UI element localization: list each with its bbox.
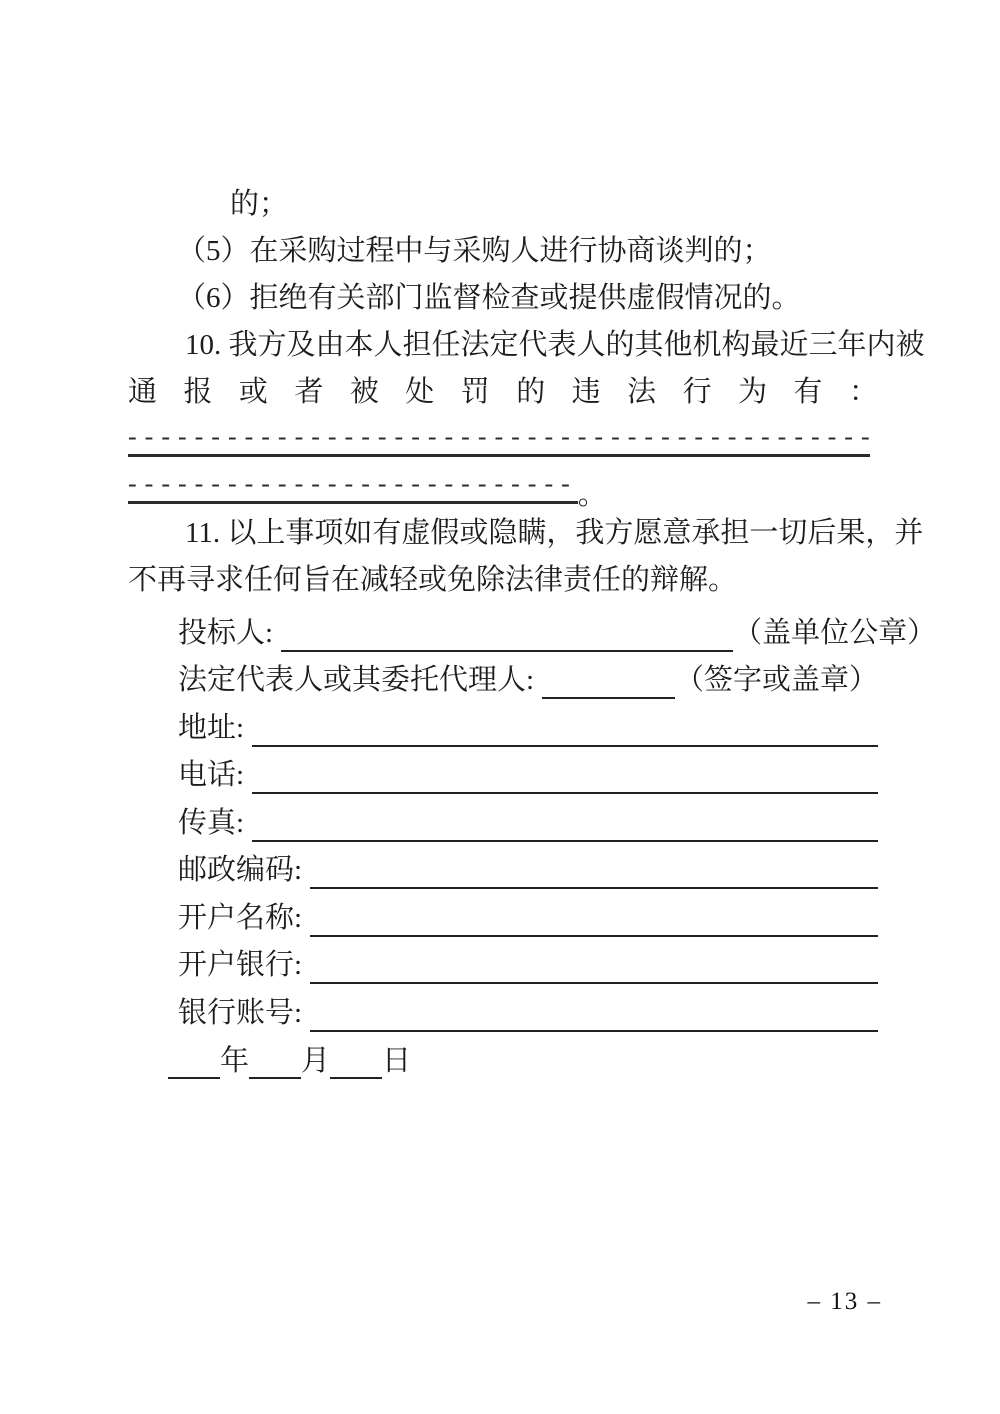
legal-rep-blank-field[interactable]: [542, 661, 675, 699]
year-blank-field[interactable]: [168, 1043, 220, 1079]
account-name-label: 开户名称:: [178, 899, 302, 937]
form-row-legal-rep: 法定代表人或其委托代理人: （签字或盖章）: [128, 652, 878, 700]
paragraph-10-line-2: 通报或者被处罚的违法行为有：: [128, 369, 878, 416]
dashed-line-period: 。: [578, 481, 607, 510]
day-label: 日: [382, 1043, 411, 1079]
document-body: 的； （5）在采购过程中与采购人进行协商谈判的； （6）拒绝有关部门监督检查或提…: [0, 0, 1000, 1079]
legal-rep-sign-note: （签字或盖章）: [675, 661, 878, 699]
address-label: 地址:: [178, 709, 244, 747]
violations-fill-line-2: ---------------------------。: [128, 463, 878, 510]
form-row-account-name: 开户名称:: [128, 889, 878, 937]
day-blank-field[interactable]: [330, 1043, 382, 1079]
clause4-tail-line: 的；: [128, 181, 878, 228]
month-label: 月: [301, 1043, 330, 1079]
bidder-label: 投标人:: [178, 614, 273, 652]
dashed-blank-line-2: ---------------------------: [128, 471, 578, 504]
account-number-blank-field[interactable]: [310, 994, 878, 1032]
paragraph-11-line-2: 不再寻求任何旨在减轻或免除法律责任的辩解。: [128, 557, 878, 604]
dashed-blank-line-1: ----------------------------------------…: [128, 424, 870, 457]
page-number: – 13 –: [808, 1288, 883, 1316]
violations-fill-line-1: ----------------------------------------…: [128, 416, 878, 463]
account-name-blank-field[interactable]: [310, 899, 878, 937]
account-number-label: 银行账号:: [178, 994, 302, 1032]
legal-rep-label: 法定代表人或其委托代理人:: [178, 661, 534, 699]
year-label: 年: [220, 1043, 249, 1079]
form-row-fax: 传真:: [128, 794, 878, 842]
bidder-blank-field[interactable]: [281, 614, 733, 652]
postal-code-blank-field[interactable]: [310, 851, 878, 889]
paragraph-10-line-1: 10. 我方及由本人担任法定代表人的其他机构最近三年内被: [128, 322, 878, 369]
phone-blank-field[interactable]: [252, 756, 878, 794]
fax-label: 传真:: [178, 804, 244, 842]
document-page: 的； （5）在采购过程中与采购人进行协商谈判的； （6）拒绝有关部门监督检查或提…: [0, 0, 1000, 1414]
month-blank-field[interactable]: [249, 1043, 301, 1079]
form-row-postal-code: 邮政编码:: [128, 842, 878, 890]
form-row-phone: 电话:: [128, 747, 878, 795]
list-item-5: （5）在采购过程中与采购人进行协商谈判的；: [128, 228, 878, 275]
list-item-6: （6）拒绝有关部门监督检查或提供虚假情况的。: [128, 275, 878, 322]
phone-label: 电话:: [178, 756, 244, 794]
paragraph-11-line-1: 11. 以上事项如有虚假或隐瞒，我方愿意承担一切后果，并: [128, 510, 878, 557]
form-row-address: 地址:: [128, 699, 878, 747]
postal-code-label: 邮政编码:: [178, 851, 302, 889]
form-row-bank-name: 开户银行:: [128, 937, 878, 985]
bank-name-label: 开户银行:: [178, 946, 302, 984]
form-row-account-number: 银行账号:: [128, 984, 878, 1032]
date-line: 年 月 日: [128, 1032, 878, 1080]
bank-name-blank-field[interactable]: [310, 946, 878, 984]
bidder-seal-note: （盖单位公章）: [733, 614, 936, 652]
fax-blank-field[interactable]: [252, 804, 878, 842]
address-blank-field[interactable]: [252, 709, 878, 747]
form-row-bidder: 投标人: （盖单位公章）: [128, 604, 878, 652]
